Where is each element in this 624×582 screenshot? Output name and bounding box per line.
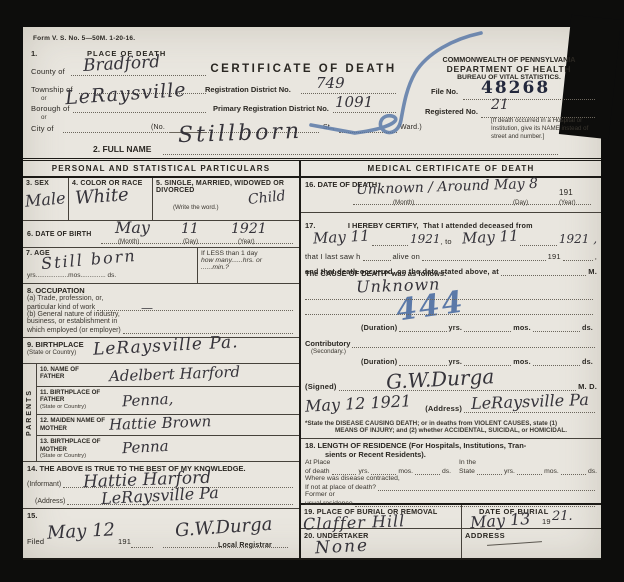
item18-line1: 18. LENGTH OF RESIDENCE (For Hospitals, … bbox=[305, 441, 597, 450]
contracted-line1: Where was disease contracted, bbox=[305, 475, 597, 482]
address-pen-dash bbox=[487, 541, 542, 546]
mos-label-4: mos. bbox=[544, 468, 559, 475]
at-place-label: At Place bbox=[305, 459, 451, 466]
registered-no-value-handwriting: 21 bbox=[491, 97, 509, 113]
medical-column: MEDICAL CERTIFICATE OF DEATH 16. DATE OF… bbox=[301, 161, 601, 558]
in-state-column: In the State yrs. mos. ds. bbox=[459, 459, 597, 475]
yrs-label-3: yrs. bbox=[358, 468, 369, 475]
dotted-rule bbox=[353, 196, 591, 205]
occupation-a1: (a) Trade, profession, or, bbox=[27, 295, 295, 302]
full-name-label: 2. FULL NAME bbox=[93, 144, 151, 154]
mother-name-label: 12. MAIDEN NAME OF MOTHER bbox=[40, 417, 118, 432]
ds-label: ds. bbox=[582, 323, 593, 332]
less-than-line2: how many......hrs. or bbox=[201, 257, 296, 264]
less-than-line1: If LESS than 1 day bbox=[201, 250, 296, 257]
dotted-rule bbox=[97, 302, 293, 311]
st-label: St., bbox=[323, 124, 334, 131]
attended-to-handwriting: May 11 bbox=[461, 227, 519, 248]
scanned-death-certificate: Form V. S. No. 5—50M. 1-20-16. 1. PLACE … bbox=[0, 0, 624, 582]
cause-of-death-block: The CAUSE OF DEATH* was as follows: Unkn… bbox=[301, 267, 601, 337]
month-caption: (Month) bbox=[118, 238, 139, 245]
age-units: yrs..................mos.............. d… bbox=[27, 272, 116, 279]
undertaker-cell: 20. UNDERTAKER None bbox=[301, 529, 461, 558]
ds-label-2: ds. bbox=[582, 357, 593, 366]
or-word-2: or bbox=[41, 114, 47, 121]
item18-line2: sients or Recent Residents). bbox=[325, 450, 597, 459]
less-than-line3: ......min.? bbox=[201, 264, 296, 271]
dotted-rule bbox=[399, 323, 446, 332]
marital-cell: 5. SINGLE, MARRIED, WIDOWED OR DIVORCED … bbox=[153, 178, 299, 220]
burial-left-cells: 19. PLACE OF BURIAL OR REMOVAL Claffer H… bbox=[301, 505, 462, 558]
dob-year-handwriting: 1921 bbox=[231, 221, 267, 237]
dotted-rule bbox=[372, 237, 408, 246]
duration-label-2: (Duration) bbox=[361, 357, 397, 366]
mos-label: mos. bbox=[513, 323, 531, 332]
filed-label: Filed bbox=[27, 537, 44, 546]
filed-year-printed: 191 bbox=[118, 537, 131, 546]
sex-cell: 3. SEX Male bbox=[23, 178, 69, 220]
dod-year-caption: (Year) bbox=[559, 199, 576, 206]
department-line: DEPARTMENT OF HEALTH bbox=[421, 64, 597, 74]
dotted-rule bbox=[399, 357, 446, 366]
marital-note: (Write the word.) bbox=[173, 204, 219, 211]
ds-label-4: ds. bbox=[588, 468, 597, 475]
mother-birthplace-row: 13. BIRTHPLACE OF MOTHER (State or Count… bbox=[37, 436, 299, 461]
father-birthplace-handwriting: Penna, bbox=[122, 389, 174, 410]
occupation-b2: business, or establishment in bbox=[27, 318, 295, 325]
state-label: State bbox=[459, 468, 475, 475]
father-birthplace-label: 11. BIRTHPLACE OF FATHER bbox=[40, 389, 110, 404]
dotted-rule bbox=[163, 146, 558, 155]
burial-year-printed: 19 bbox=[542, 517, 551, 526]
mother-name-row: 12. MAIDEN NAME OF MOTHER Hattie Brown bbox=[37, 415, 299, 436]
at-place-column: At Place of death yrs. mos. ds. bbox=[305, 459, 451, 475]
informant-address-label: (Address) bbox=[35, 498, 65, 505]
place-of-burial-cell: 19. PLACE OF BURIAL OR REMOVAL Claffer H… bbox=[301, 505, 461, 529]
dod-month-caption: (Month) bbox=[393, 199, 414, 206]
particulars-table: PERSONAL AND STATISTICAL PARTICULARS 3. … bbox=[23, 158, 601, 560]
borough-label: Borough of bbox=[31, 104, 70, 113]
full-name-value-handwriting: Stillborn bbox=[178, 119, 303, 148]
dob-month-handwriting: May bbox=[115, 218, 150, 237]
age-row: 7. AGE Still born yrs..................m… bbox=[23, 248, 299, 284]
burial-right-cells: DATE OF BURIAL May 13 19 21. ADDRESS bbox=[462, 505, 601, 558]
registered-no-label: Registered No. bbox=[425, 107, 478, 116]
year191-printed: 191 bbox=[548, 252, 561, 261]
mother-birthplace-handwriting: Penna bbox=[122, 437, 169, 457]
dotted-rule bbox=[339, 124, 397, 133]
parents-label: PARENTS bbox=[26, 389, 33, 436]
mother-birthplace-label: 13. BIRTHPLACE OF MOTHER bbox=[40, 438, 110, 453]
certificate-header: Form V. S. No. 5—50M. 1-20-16. 1. PLACE … bbox=[23, 27, 601, 158]
address20-label: ADDRESS bbox=[465, 531, 598, 540]
secondary-note: (Secondary.) bbox=[311, 348, 597, 355]
dotted-rule bbox=[517, 466, 542, 475]
county-label: County of bbox=[31, 67, 65, 76]
occupation-b1: (b) General nature of industry, bbox=[27, 311, 295, 318]
form-number: Form V. S. No. 5—50M. 1-20-16. bbox=[33, 35, 135, 42]
dotted-rule bbox=[363, 252, 391, 261]
registration-district-value-handwriting: 749 bbox=[316, 74, 345, 92]
sign-date-address-row: May 12 1921 (Address) LeRaysville Pa bbox=[301, 395, 601, 417]
alive-on-text: alive on bbox=[393, 252, 420, 261]
dotted-rule bbox=[371, 466, 396, 475]
personal-column: PERSONAL AND STATISTICAL PARTICULARS 3. … bbox=[23, 161, 301, 558]
father-birthplace-row: 11. BIRTHPLACE OF FATHER (State or Count… bbox=[37, 387, 299, 416]
sex-value-handwriting: Male bbox=[24, 188, 66, 210]
item1-number: 1. bbox=[31, 49, 37, 58]
undertaker-address-cell: ADDRESS bbox=[462, 529, 601, 558]
contributory-label: Contributory bbox=[305, 339, 350, 348]
sign-address-label: (Address) bbox=[425, 404, 462, 413]
dotted-rule bbox=[352, 339, 595, 348]
dotted-rule bbox=[561, 466, 586, 475]
dob-day-handwriting: 11 bbox=[181, 221, 199, 237]
file-no-value: 48268 bbox=[481, 78, 550, 98]
mother-name-handwriting: Hattie Brown bbox=[109, 413, 212, 435]
father-name-label: 10. NAME OF FATHER bbox=[40, 366, 104, 381]
parents-block: PARENTS 10. NAME OF FATHER Adelbert Harf… bbox=[23, 364, 299, 462]
primary-district-label: Primary Registration District No. bbox=[213, 104, 329, 113]
certify-row: 17. I HEREBY CERTIFY, That I attended de… bbox=[301, 213, 601, 267]
race-value-handwriting: White bbox=[74, 184, 129, 209]
occupation-row: 8. OCCUPATION (a) Trade, profession, or,… bbox=[23, 284, 299, 338]
registration-district-label: Registration District No. bbox=[205, 85, 291, 94]
to-word: , to bbox=[441, 237, 452, 246]
dotted-rule bbox=[520, 237, 556, 246]
or-word-1: or bbox=[41, 95, 47, 102]
cause-duration-line: (Duration) yrs. mos. ds. bbox=[361, 323, 593, 332]
footnote-line2: MEANS OF INJURY; and (2) whether ACCIDEN… bbox=[305, 427, 597, 434]
dotted-rule bbox=[332, 466, 357, 475]
dotted-rule bbox=[464, 323, 511, 332]
no-label: (No. bbox=[151, 124, 165, 131]
ds-label-3: ds. bbox=[442, 468, 451, 475]
informant-row: 14. THE ABOVE IS TRUE TO THE BEST OF MY … bbox=[23, 462, 299, 509]
city-label: City of bbox=[31, 124, 54, 133]
signed-label: (Signed) bbox=[305, 382, 337, 391]
date-of-death-row: 16. DATE OF DEATH Unknown / Around May 8… bbox=[301, 178, 601, 213]
informant-label: (Informant) bbox=[27, 481, 61, 488]
yrs-label-2: yrs. bbox=[449, 357, 463, 366]
burial-undertaker-block: 19. PLACE OF BURIAL OR REMOVAL Claffer H… bbox=[301, 505, 601, 558]
yrs-label-4: yrs. bbox=[504, 468, 515, 475]
age-cell: 7. AGE Still born yrs..................m… bbox=[23, 248, 197, 283]
occupation-b3: which employed (or employer) bbox=[27, 327, 121, 334]
cause-footnote: *State the DISEASE CAUSING DEATH; or in … bbox=[301, 417, 601, 439]
undertaker-value-handwriting: None bbox=[315, 536, 370, 559]
in-the-label: In the bbox=[459, 459, 597, 466]
date-of-birth-row: 6. DATE OF BIRTH May 11 1921 (Month) (Da… bbox=[23, 221, 299, 248]
dotted-rule bbox=[422, 252, 546, 261]
burial-year-handwriting: 21. bbox=[552, 509, 573, 524]
sex-label: 3. SEX bbox=[26, 180, 65, 187]
filed-date-handwriting: May 12 bbox=[46, 519, 115, 544]
former-line1: Former or bbox=[305, 491, 597, 498]
mos-label-2: mos. bbox=[513, 357, 531, 366]
dotted-rule bbox=[378, 482, 595, 491]
primary-district-value-handwriting: 1091 bbox=[335, 93, 373, 111]
commonwealth-line: COMMONWEALTH OF PENNSYLVANIA bbox=[421, 55, 597, 64]
duration-label: (Duration) bbox=[361, 323, 397, 332]
father-name-handwriting: Adelbert Harford bbox=[109, 363, 241, 386]
dob-label: 6. DATE OF BIRTH bbox=[27, 231, 92, 238]
certificate-title: CERTIFICATE OF DEATH bbox=[191, 63, 416, 75]
mos-label-3: mos. bbox=[398, 468, 413, 475]
hospital-instruction-note: [If death occurred in a Hospital or Inst… bbox=[491, 117, 597, 140]
footnote-line1: *State the DISEASE CAUSING DEATH; or in … bbox=[305, 420, 597, 427]
file-no-label: File No. bbox=[431, 87, 458, 96]
county-value-handwriting: Bradford bbox=[83, 52, 161, 76]
sign-date-handwriting: May 12 1921 bbox=[305, 391, 412, 416]
dotted-rule bbox=[305, 314, 593, 315]
dod-year-printed: 191 bbox=[559, 188, 573, 197]
yrs-label: yrs. bbox=[449, 323, 463, 332]
date-of-burial-cell: DATE OF BURIAL May 13 19 21. bbox=[462, 505, 601, 529]
day-caption: (Day) bbox=[183, 238, 198, 245]
attended-from-year: 1921 bbox=[410, 232, 441, 246]
contracted-line2: If not at place of death? bbox=[305, 484, 376, 491]
length-of-residence-block: 18. LENGTH OF RESIDENCE (For Hospitals, … bbox=[301, 439, 601, 505]
parents-vertical-strip: PARENTS bbox=[23, 364, 37, 461]
dotted-rule bbox=[477, 466, 502, 475]
dod-day-caption: (Day) bbox=[513, 199, 528, 206]
dotted-rule bbox=[415, 466, 440, 475]
local-registrar-label: Local Registrar bbox=[218, 542, 272, 549]
dotted-rule bbox=[533, 357, 580, 366]
of-death-label: of death bbox=[305, 468, 330, 475]
cause-label: The CAUSE OF DEATH* was as follows: bbox=[305, 269, 597, 278]
race-cell: 4. COLOR OR RACE White bbox=[69, 178, 153, 220]
dotted-rule bbox=[305, 299, 593, 300]
attended-to-year: 1921 , bbox=[559, 232, 597, 246]
ward-label: Ward.) bbox=[400, 124, 422, 131]
attended-from-handwriting: May 11 bbox=[313, 227, 371, 248]
dotted-rule bbox=[563, 252, 593, 261]
birthplace-row: 9. BIRTHPLACE (State or Country) LeRaysv… bbox=[23, 338, 299, 364]
comma-text: , bbox=[595, 252, 597, 261]
sex-race-marital-row: 3. SEX Male 4. COLOR OR RACE White 5. SI… bbox=[23, 178, 299, 221]
medical-header: MEDICAL CERTIFICATE OF DEATH bbox=[301, 161, 601, 178]
occupation-pen-dash: — bbox=[141, 301, 153, 315]
dotted-rule bbox=[123, 325, 293, 334]
certificate-paper: Form V. S. No. 5—50M. 1-20-16. 1. PLACE … bbox=[23, 27, 601, 560]
occupation-a2: particular kind of work bbox=[27, 304, 95, 311]
occupation-label: 8. OCCUPATION bbox=[27, 286, 295, 295]
dotted-rule bbox=[131, 539, 153, 548]
personal-header: PERSONAL AND STATISTICAL PARTICULARS bbox=[23, 161, 299, 178]
marital-value-handwriting: Child bbox=[247, 188, 286, 208]
year-caption: (Year) bbox=[238, 238, 255, 245]
dotted-rule bbox=[533, 323, 580, 332]
filed-row: 15. Filed May 12 191 G.W.Durga Local Reg… bbox=[23, 509, 299, 558]
father-name-row: 10. NAME OF FATHER Adelbert Harford bbox=[37, 364, 299, 387]
less-than-one-day-cell: If LESS than 1 day how many......hrs. or… bbox=[197, 248, 299, 283]
last-saw-text: that I last saw h bbox=[305, 252, 361, 261]
